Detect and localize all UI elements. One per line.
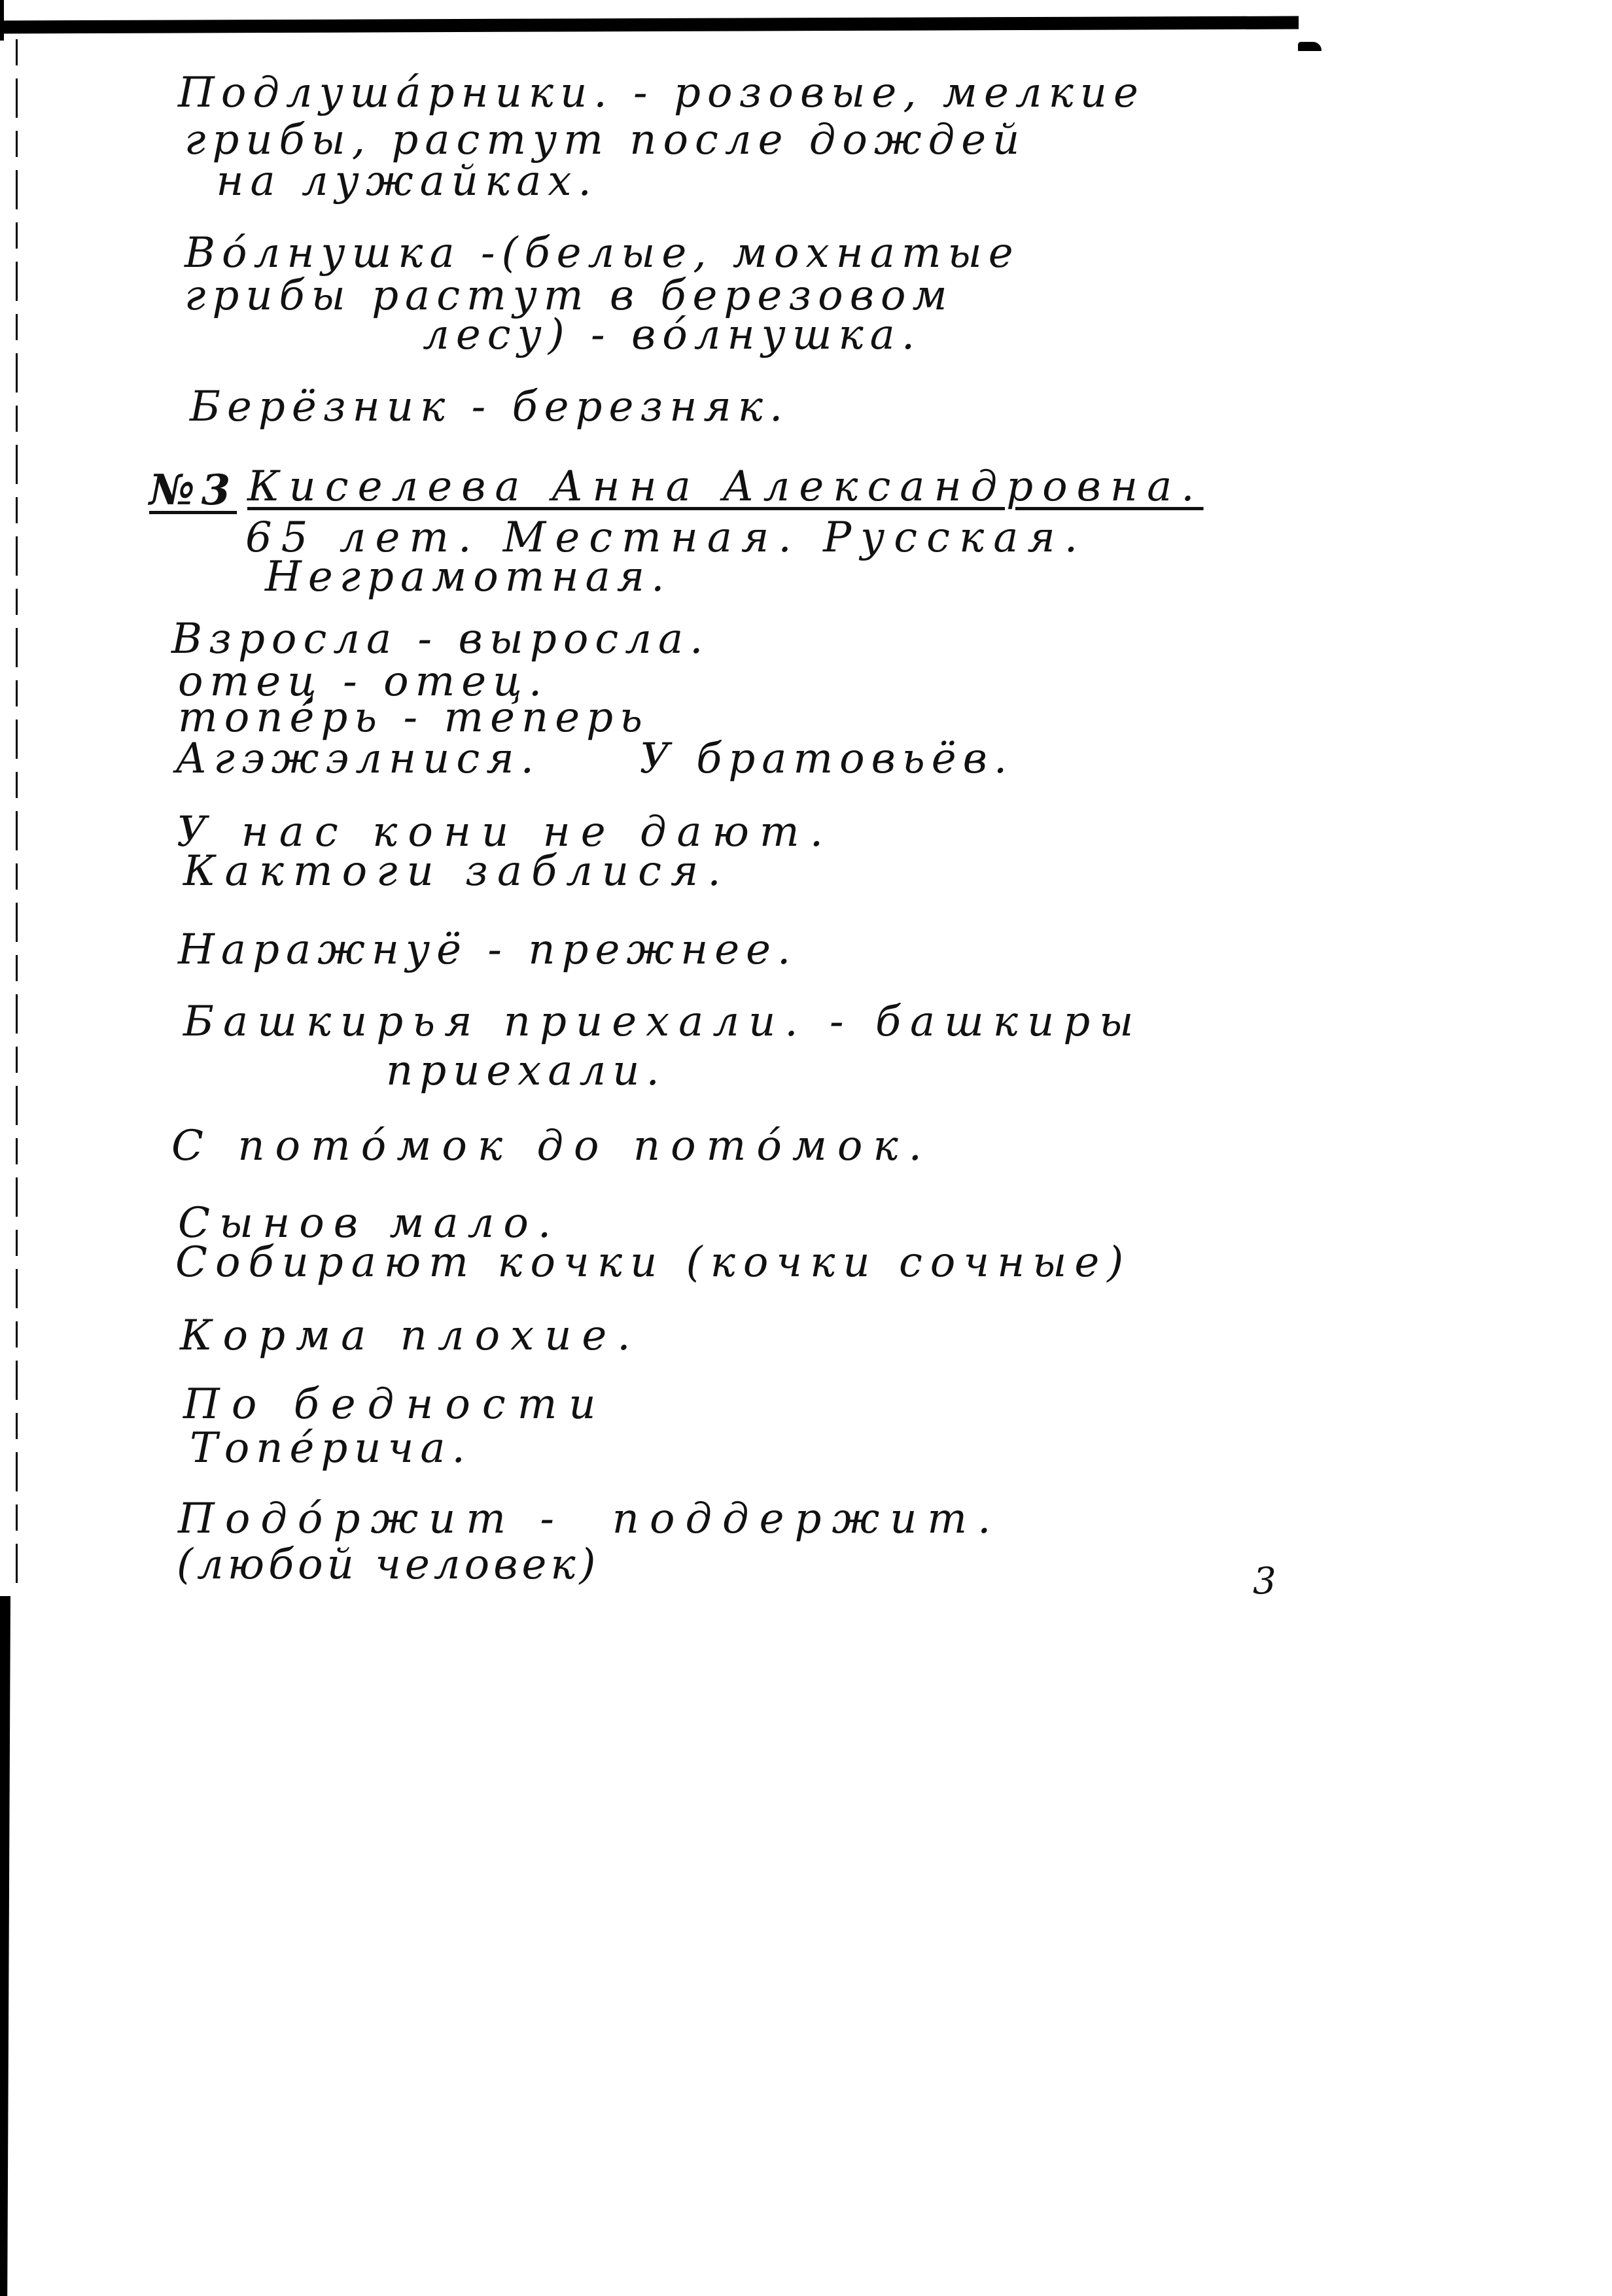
example-bashkiry-line-2: приехали. bbox=[386, 1050, 666, 1092]
example-bashkiry-line-1: Башкирья приехали. - башкиры bbox=[183, 1001, 1142, 1043]
example-u-nas-line-2: Кактоги заблися. bbox=[183, 850, 730, 892]
example-vzrosla-line-4: Агэжэлнися. У братовьёв. bbox=[175, 738, 1013, 780]
entry-berezovik-line-1: Берёзник - березняк. bbox=[190, 386, 789, 428]
example-bednost-line-2: Топéрича. bbox=[190, 1427, 472, 1469]
scan-corner-mark bbox=[1298, 42, 1322, 51]
informant-literacy: Неграмотная. bbox=[265, 556, 671, 598]
entry-volnushka-line-1: Вóлнушка -(белые, мохнатые bbox=[184, 232, 1020, 274]
example-korma-line-1: Корма плохие. bbox=[180, 1315, 641, 1357]
example-prezhde-line-1: Наражнуё - прежнее. bbox=[178, 929, 797, 971]
informant-number: №3 bbox=[149, 470, 237, 512]
scanned-notebook-page: Подлушáрники. - розовые, мелкие грибы, р… bbox=[0, 0, 1612, 2296]
entry-podlushnik-line-2: грибы, растут после дождей bbox=[184, 119, 1026, 161]
example-synov-line-2: Собирают кочки (кочки сочные) bbox=[175, 1242, 1131, 1283]
example-poderzhit-line-1: Подóржит - поддержит. bbox=[178, 1498, 1001, 1540]
example-bednost-line-1: По бедности bbox=[183, 1383, 608, 1425]
example-potomok-line-1: С потóмок до потóмок. bbox=[171, 1125, 932, 1167]
scan-left-edge-bar bbox=[0, 1596, 10, 2296]
scan-top-left-mark bbox=[0, 0, 4, 41]
entry-volnushka-line-3: лесу) - вóлнушка. bbox=[184, 314, 921, 356]
scan-left-edge-line bbox=[16, 39, 18, 1596]
scan-top-border-bar bbox=[0, 16, 1299, 34]
entry-podlushnik-line-1: Подлушáрники. - розовые, мелкие bbox=[178, 72, 1145, 114]
page-number: 3 bbox=[1253, 1560, 1276, 1603]
example-vzrosla-line-3: топéрь - теперь bbox=[178, 697, 649, 739]
example-poderzhit-line-2: (любой человек) bbox=[177, 1544, 600, 1586]
example-vzrosla-line-1: Взросла - выросла. bbox=[171, 618, 709, 660]
entry-podlushnik-line-3: на лужайках. bbox=[196, 160, 598, 202]
informant-name: Киселева Анна Александровна. bbox=[247, 466, 1204, 508]
